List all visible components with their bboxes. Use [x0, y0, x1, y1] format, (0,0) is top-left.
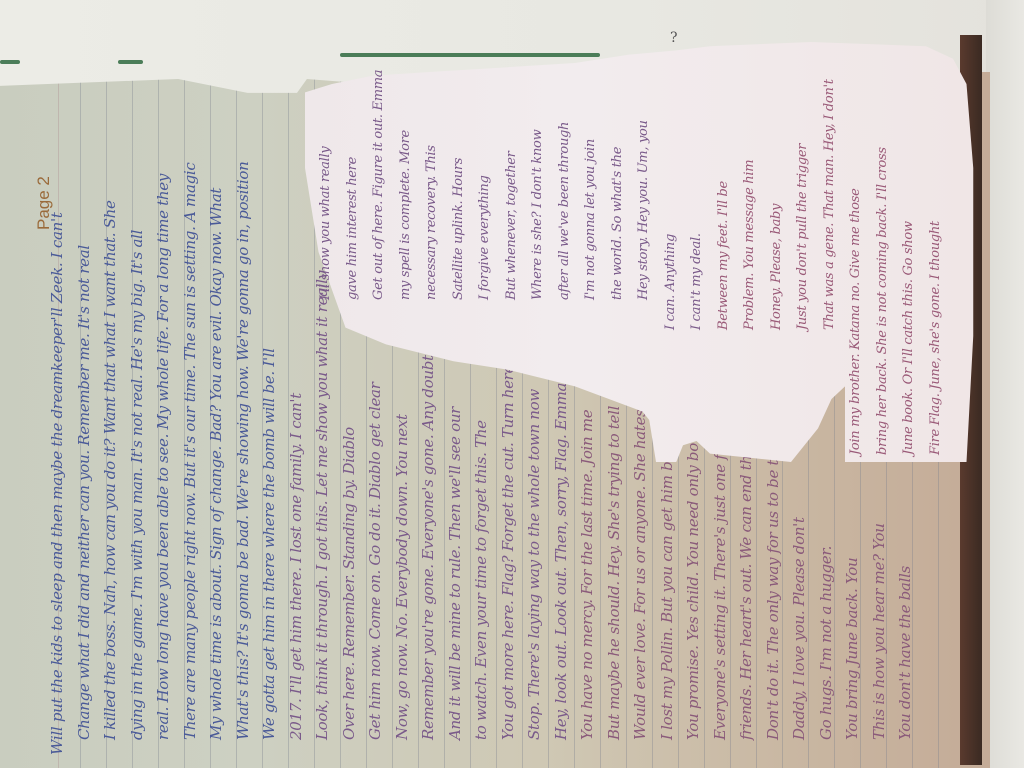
- torn-green-edge: [0, 60, 20, 64]
- handwritten-line: I killed the boss. Nah, how can you do i…: [101, 200, 119, 740]
- handwritten-line: Daddy, I love you. Please don't: [790, 517, 808, 740]
- note-handwritten-line: after all we've been through: [557, 122, 572, 300]
- note-handwritten-line: June book. Or I'll catch this. Go show: [901, 221, 916, 455]
- note-handwritten-line: But whenever, together: [504, 151, 519, 300]
- handwritten-line: Hey, look out. Look out. Then, sorry, Fl…: [552, 383, 570, 740]
- handwritten-line: real. How long have you been able to see…: [154, 174, 172, 740]
- handwritten-line: Go hugs. I'm not a hugger.: [817, 546, 835, 740]
- note-handwritten-line: Hey story. Hey you. Um, you: [636, 120, 651, 300]
- note-handwritten-line: Just you don't pull the trigger: [795, 144, 810, 330]
- note-handwritten-line: Honey. Please, baby: [769, 204, 784, 330]
- note-handwritten-line: I can. Anything: [663, 234, 678, 330]
- handwritten-line: Would ever love. For us or anyone. She h…: [631, 388, 649, 740]
- note-handwritten-line: I'll show you what really: [318, 147, 333, 300]
- note-handwritten-line: Between my feet. I'll be: [716, 181, 731, 330]
- handwritten-line: friends. Her heart's out. We can end thi…: [737, 443, 755, 740]
- note-handwritten-line: the world. So what's the: [610, 147, 625, 300]
- note-handwritten-line: necessary recovery. This: [424, 145, 439, 300]
- torn-green-edge: [340, 53, 600, 57]
- handwritten-line: You have no mercy. For the last time. Jo…: [578, 410, 596, 740]
- handwritten-line: Now, go now. No. Everybody down. You nex…: [393, 414, 411, 740]
- handwritten-line: This is how you hear me? You: [870, 523, 888, 740]
- handwritten-line: 2017. I'll get him there. I lost one fam…: [287, 393, 305, 740]
- background-right-edge: [986, 0, 1024, 768]
- handwritten-line: You bring June back. You: [843, 558, 861, 740]
- note-handwritten-line: Join my brother. Katana no. Give me thos…: [848, 189, 863, 456]
- note-handwritten-line: Where is she? I don't know: [530, 130, 545, 300]
- note-handwritten-line: Problem. You message him: [742, 160, 757, 330]
- handwritten-line: to watch. Even your time to forget this.…: [472, 420, 490, 740]
- note-handwritten-line: Fire Flag. June, she's gone. I thought: [928, 221, 943, 455]
- note-handwritten-line: I forgive everything: [477, 175, 492, 300]
- note-handwritten-line: I'm not gonna let you join: [583, 139, 598, 300]
- handwritten-line: dying in the game. I'm with you man. It'…: [128, 230, 146, 740]
- handwritten-line: Change what I did and neither can you. R…: [75, 245, 93, 740]
- handwritten-line: Everyone's setting it. There's just one …: [711, 410, 729, 740]
- note-handwritten-line: Get out of here. Figure it out. Emma: [371, 70, 386, 300]
- handwritten-line: My whole time is about. Sign of change. …: [207, 188, 225, 740]
- corner-mark: ?: [670, 30, 678, 46]
- handwritten-line: Get him now. Come on. Go do it. Diablo g…: [366, 382, 384, 740]
- handwritten-line: Over here. Remember. Standing by. Diablo: [340, 427, 358, 740]
- handwritten-line: Look, think it through. I got this. Let …: [313, 271, 331, 740]
- handwritten-line: We gotta get him in there where the bomb…: [260, 348, 278, 740]
- handwritten-line: You got more here. Flag? Forget the cut.…: [499, 365, 517, 740]
- handwritten-line: There are many people right now. But it'…: [181, 163, 199, 741]
- note-handwritten-line: That was a gene. That man. Hey, I don't: [822, 79, 837, 330]
- note-handwritten-line: gave him interest here: [345, 157, 360, 300]
- handwritten-line: But maybe he should. Hey. She's trying t…: [605, 406, 623, 740]
- handwritten-line: What's this? It's gonna be bad. We're sh…: [234, 162, 252, 740]
- handwritten-line: Will put the kids to sleep and then mayb…: [48, 212, 66, 755]
- note-handwritten-line: I can't my deal.: [689, 233, 704, 330]
- handwritten-line: You promise. Yes child. You need only bo…: [684, 399, 702, 740]
- note-handwritten-line: bring her back. She is not coming back. …: [875, 147, 890, 455]
- handwritten-line: And it will be mine to rule. Then we'll …: [446, 407, 464, 740]
- handwritten-line: Stop. There's laying way to the whole to…: [525, 389, 543, 740]
- handwritten-line: You don't have the balls: [896, 566, 914, 740]
- note-handwritten-line: my spell is complete. More: [398, 130, 413, 300]
- note-handwritten-line: Satellite uplink. Hours: [451, 158, 466, 300]
- torn-green-edge: [118, 60, 143, 64]
- handwritten-line: Remember you're gone. Everyone's gone. A…: [419, 355, 437, 740]
